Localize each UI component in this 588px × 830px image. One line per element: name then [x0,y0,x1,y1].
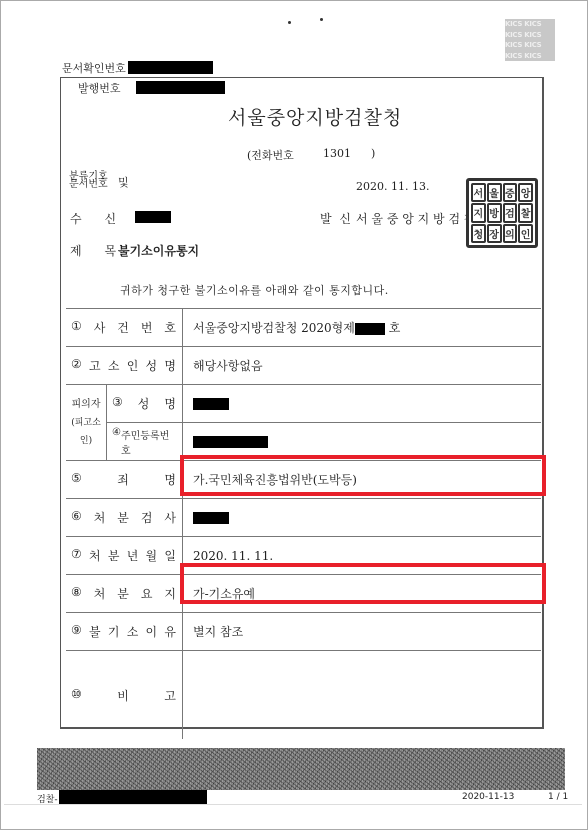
seal-char: 장 [487,224,502,243]
row-label: ⑧처분요지 [66,575,183,613]
highlight-box-charge [180,455,546,496]
row-number: ⑩ [71,687,82,704]
suspect-group-label: 피의자(피고소인) [66,385,107,461]
class-label: 분류기호 문서번호 [69,173,108,189]
sender-value: 서 울 중 앙 지 방 검 찰 [356,210,475,227]
row-label-char: 분 [108,547,120,564]
remarks-value [183,651,542,740]
row-label-char: 분 [117,585,129,602]
row-label-char: 고 [89,357,101,374]
redacted-footer-id [59,790,207,804]
footer-date: 2020-11-13 [462,792,514,802]
row-label-char: 처 [94,509,106,526]
seal-char: 중 [503,183,518,202]
row-label-char: 고 [164,687,176,704]
row-label-char: 인 [127,357,139,374]
table-row: ⑥처분검사 [66,499,541,537]
kics-watermark: KICS KICS KICS KICS KICS KICS KICS KICS … [505,19,555,61]
phone-close: ) [371,147,375,160]
row-label-char: 기 [108,623,120,640]
table-row: ②고소인성명 해당사항없음 [66,347,541,385]
row-label-char: 처 [89,547,101,564]
scan-speck [320,18,323,21]
row-label-char: 죄 [117,471,129,488]
row-number: ① [71,319,82,336]
phone-label: (전화번호 [247,147,294,163]
row-label-char: 이 [146,623,158,640]
row-label-char: 번 [141,319,153,336]
row-label: ⑦처분년월일 [66,537,183,575]
row-label-char: 명 [164,395,176,412]
row-number: ② [71,357,82,374]
row-label-char: 소 [127,623,139,640]
row-number: ⑦ [71,547,82,564]
row-label-char: 명 [164,471,176,488]
row-label-char: 건 [117,319,129,336]
row-label-char: 지 [164,585,176,602]
row-label-char: 성 [146,357,158,374]
seal-char: 인 [518,224,533,243]
redacted-issue-number [136,81,225,94]
row-number: ⑥ [71,509,82,526]
row-label: ⑤죄명 [66,461,183,499]
row-label-char: 명 [164,357,176,374]
row-label-char: 분 [117,509,129,526]
table-row: ⑨불기소이유 별지 참조 [66,613,541,651]
redacted-recipient [135,211,171,223]
footer-page: 1 / 1 [548,792,568,802]
complainant-value: 해당사항없음 [183,347,542,385]
seal-char: 서 [471,183,486,202]
row-label-char: 월 [146,547,158,564]
security-pattern-band [37,748,565,790]
table-row: 피의자(피고소인) ③성명 [66,385,541,423]
row-label-char: 요 [141,585,153,602]
row-number: ⑨ [71,623,82,640]
table-row: ⑩비고 [66,651,541,740]
row-label-char: 주민등록번호 [121,427,176,457]
redacted-confirm-number [128,61,213,74]
seal-char: 울 [487,183,502,202]
case-number-value: 서울중앙지방검찰청 2020형제 호 [183,309,542,347]
row-label-char: 년 [127,547,139,564]
row-number: ⑧ [71,585,82,602]
row-label: ①사건번호 [66,309,183,347]
seal-char: 방 [487,203,502,222]
suspect-name-value [183,385,542,423]
subject-label: 제 목 [70,242,116,259]
phone-number: 1301 [323,147,351,160]
row-label: ③성명 [107,385,183,423]
sender-label: 발 신 [320,210,353,227]
document-confirm-label: 문서확인번호 [62,60,126,76]
prosecutor-value [183,499,542,537]
row-label: ⑥처분검사 [66,499,183,537]
row-label-char: 일 [164,547,176,564]
seal-char: 앙 [518,183,533,202]
issue-date: 2020. 11. 13. [356,180,429,193]
intro-text: 귀하가 청구한 불기소이유를 아래와 같이 통지합니다. [120,282,389,298]
seal-char: 검 [503,203,518,222]
issue-number-label: 발행번호 [78,80,121,96]
row-number: ④ [112,427,121,457]
row-label-char: 불 [89,623,101,640]
row-label: ⑨불기소이유 [66,613,183,651]
row-label-char: 소 [108,357,120,374]
seal-char: 의 [503,224,518,243]
row-label-char: 검 [141,509,153,526]
page-edge [4,804,582,805]
seal-char: 청 [471,224,486,243]
seal-char: 지 [471,203,486,222]
row-label-char: 사 [94,319,106,336]
table-row: ①사건번호 서울중앙지방검찰청 2020형제 호 [66,309,541,347]
row-label: ④주민등록번호 [107,423,183,461]
highlight-box-disposition [180,563,546,604]
row-label: ⑩비고 [66,651,183,740]
class-and: 및 [118,174,129,190]
row-label: ②고소인성명 [66,347,183,385]
row-number: ③ [112,395,123,412]
scan-speck [288,21,291,24]
row-label-char: 성 [138,395,150,412]
row-label-char: 처 [94,585,106,602]
row-label-char: 사 [164,509,176,526]
subject-value: 불기소이유통지 [118,242,199,259]
row-number: ⑤ [71,471,82,488]
row-label-char: 비 [117,687,129,704]
row-label-char: 호 [164,319,176,336]
recipient-label: 수 신 [70,210,116,227]
disposition-table: ①사건번호 서울중앙지방검찰청 2020형제 호 ②고소인성명 해당사항없음 피… [66,308,541,739]
non-indictment-reason-value: 별지 참조 [183,613,542,651]
office-title: 서울중앙지방검찰청 [228,103,402,130]
row-label-char: 유 [164,623,176,640]
official-seal: 서 울 중 앙 지 방 검 찰 청 장 의 인 [466,178,538,248]
seal-char: 찰 [518,203,533,222]
class-label-line2: 문서번호 [69,181,108,189]
